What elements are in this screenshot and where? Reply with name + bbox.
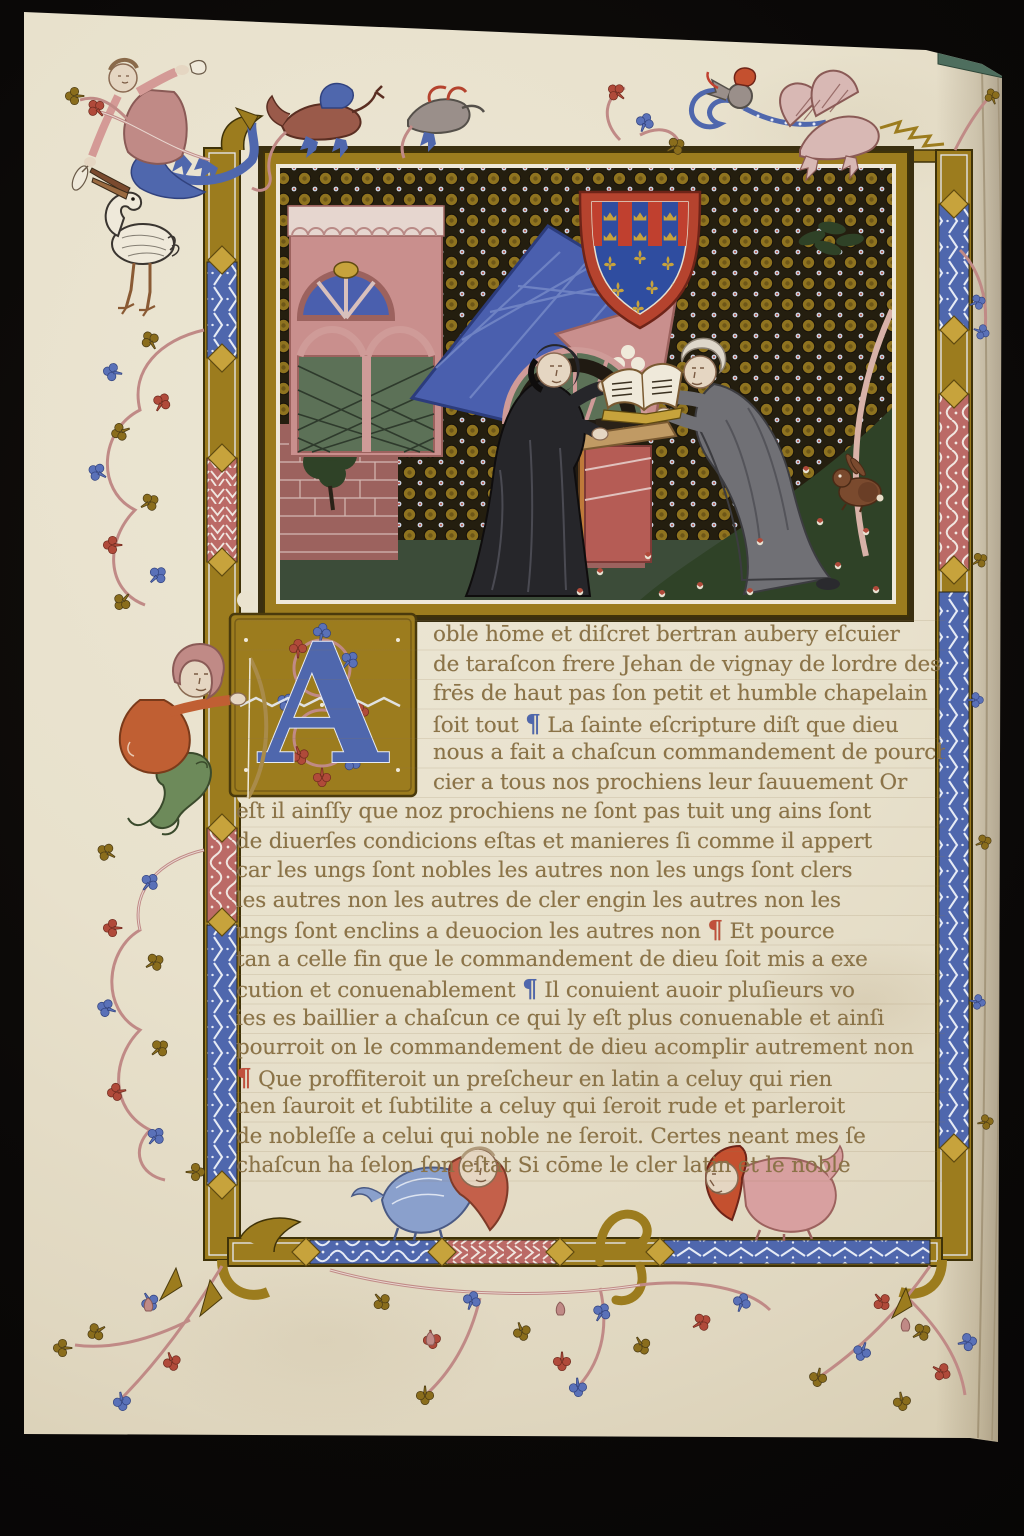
miniature [258,146,914,622]
pilcrow-mark: ¶ [707,915,723,944]
open-book [602,364,682,424]
text-segment: ies es baillier a chaſcun ce qui ly eſt … [236,1006,884,1031]
text-segment: Et pource [723,919,835,944]
manuscript-text-line: nous a fait a chaſcun commandement de po… [236,738,945,768]
manuscript-text-line: car les ungs ſont nobles les autres non … [236,856,945,886]
manuscript-text-line: ungs ſont enclins a deuocion les autres … [236,915,945,945]
text-segment: chaſcun ha ſelon ſon eſtat Si cōme le cl… [236,1153,850,1178]
grotesque-tail [352,1188,384,1202]
text-segment: les autres non les autres de cler engin … [236,888,841,913]
manuscript-text-line: de taraſcon frere Jehan de vignay de lor… [236,650,945,680]
text-segment: ungs ſont enclins a deuocion les autres … [236,919,707,944]
text-segment: de taraſcon frere Jehan de vignay de lor… [433,652,941,677]
text-segment: La ſainte eſcripture diſt que dieu [541,713,899,738]
manuscript-text-block: oble hōme et diſcret bertran aubery eſcu… [236,620,945,1182]
text-segment: eſt il ainſſy que noz prochiens ne ſont … [236,799,871,824]
manuscript-text-line: ſoit tout ¶ La ſainte eſcripture diſt qu… [236,709,945,739]
gold-barbs [880,122,944,146]
manuscript-text-line: de diuerſes condicions eſtas et manieres… [236,827,945,857]
manuscript-text-line: frēs de haut pas ſon petit et humble cha… [236,679,945,709]
text-segment: pourroit on le commandement de dieu acom… [236,1035,914,1060]
text-segment: tan a celle fin que le commandement de d… [236,947,868,972]
manuscript-text-line: ies es baillier a chaſcun ce qui ly eſt … [236,1004,945,1034]
manuscript-text-line: de nobleſſe a celui qui noble ne ſeroit.… [236,1122,945,1152]
text-segment: cier a tous nos prochiens leur ſauuement… [433,770,907,795]
text-segment: Il conuient auoir pluſieurs vo [538,978,855,1003]
manuscript-text-line: tan a celle fin que le commandement de d… [236,945,945,975]
wyvern-wing [320,84,353,108]
manuscript-text-line: ¶ Que proffiteroit un preſcheur en latin… [236,1063,945,1093]
text-segment: nous a fait a chaſcun commandement de po… [433,740,945,765]
text-segment: de nobleſſe a celui qui noble ne ſeroit.… [236,1124,866,1149]
text-segment: nen ſauroit et ſubtilite a celuy qui ſer… [236,1094,845,1119]
text-segment: oble hōme et diſcret bertran aubery eſcu… [433,622,900,647]
manuscript-text-line: oble hōme et diſcret bertran aubery eſcu… [236,620,945,650]
manuscript-text-line: cier a tous nos prochiens leur ſauuement… [236,768,945,798]
manuscript-text-line: les autres non les autres de cler engin … [236,886,945,916]
text-segment: cution et conuenablement [236,978,522,1003]
facade [288,206,444,456]
pilcrow-mark: ¶ [525,709,541,738]
text-segment: Que proffiteroit un preſcheur en latin a… [252,1067,833,1092]
text-segment: de diuerſes condicions eſtas et manieres… [236,829,872,854]
manuscript-page: A [24,10,1006,1444]
thrown-object [190,61,206,75]
spindle [69,164,91,193]
manuscript-text-line: chaſcun ha ſelon ſon eſtat Si cōme le cl… [236,1151,945,1181]
text-segment: frēs de haut pas ſon petit et humble cha… [433,681,928,706]
bottom-border-bar [222,1214,942,1301]
photo-background: A [0,0,1024,1536]
text-segment: car les ungs ſont nobles les autres non … [236,858,852,883]
text-segment: ſoit tout [433,713,525,738]
manuscript-text-line: pourroit on le commandement de dieu acom… [236,1033,945,1063]
manuscript-text-line: cution et conuenablement ¶ Il conuient a… [236,974,945,1004]
manuscript-text-line: nen ſauroit et ſubtilite a celuy qui ſer… [236,1092,945,1122]
dragon-crest [734,68,755,86]
pilcrow-mark: ¶ [522,974,538,1003]
pilcrow-mark: ¶ [236,1063,252,1092]
manuscript-text-line: eſt il ainſſy que noz prochiens ne ſont … [236,797,945,827]
